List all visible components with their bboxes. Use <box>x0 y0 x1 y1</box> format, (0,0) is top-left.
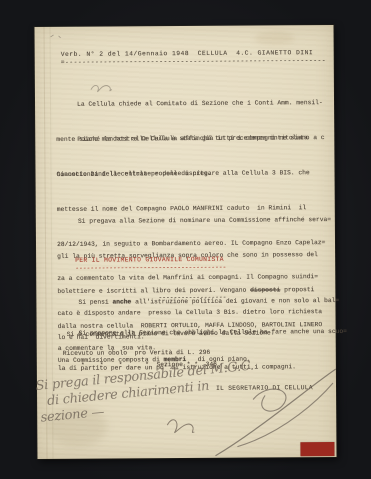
typed-line: Si pregava alla Sezione di nominare una … <box>57 214 331 228</box>
pencil-tick-marks <box>51 35 61 38</box>
title-underline-dashes: =---------------------------------------… <box>61 55 326 68</box>
document-page: Verb. N° 2 del 14/Gennaio 1948 CELLULA 4… <box>34 25 336 459</box>
signature-scribble <box>167 420 194 433</box>
received-amount-line: Ricevuto un obolo pro Verità di L. 296 <box>63 347 210 360</box>
dashed-separator: ------------------ <box>158 292 226 304</box>
paper-stain <box>255 31 295 45</box>
typed-line: Poiché la nostra Cellula è stata già in … <box>56 132 324 145</box>
paragraph-6: Si è commentato il piano di lavoro avuto… <box>67 327 275 340</box>
typed-line: Gianetto Dini la cellula propone di preg… <box>56 167 324 180</box>
red-stamp-mark <box>300 442 334 456</box>
